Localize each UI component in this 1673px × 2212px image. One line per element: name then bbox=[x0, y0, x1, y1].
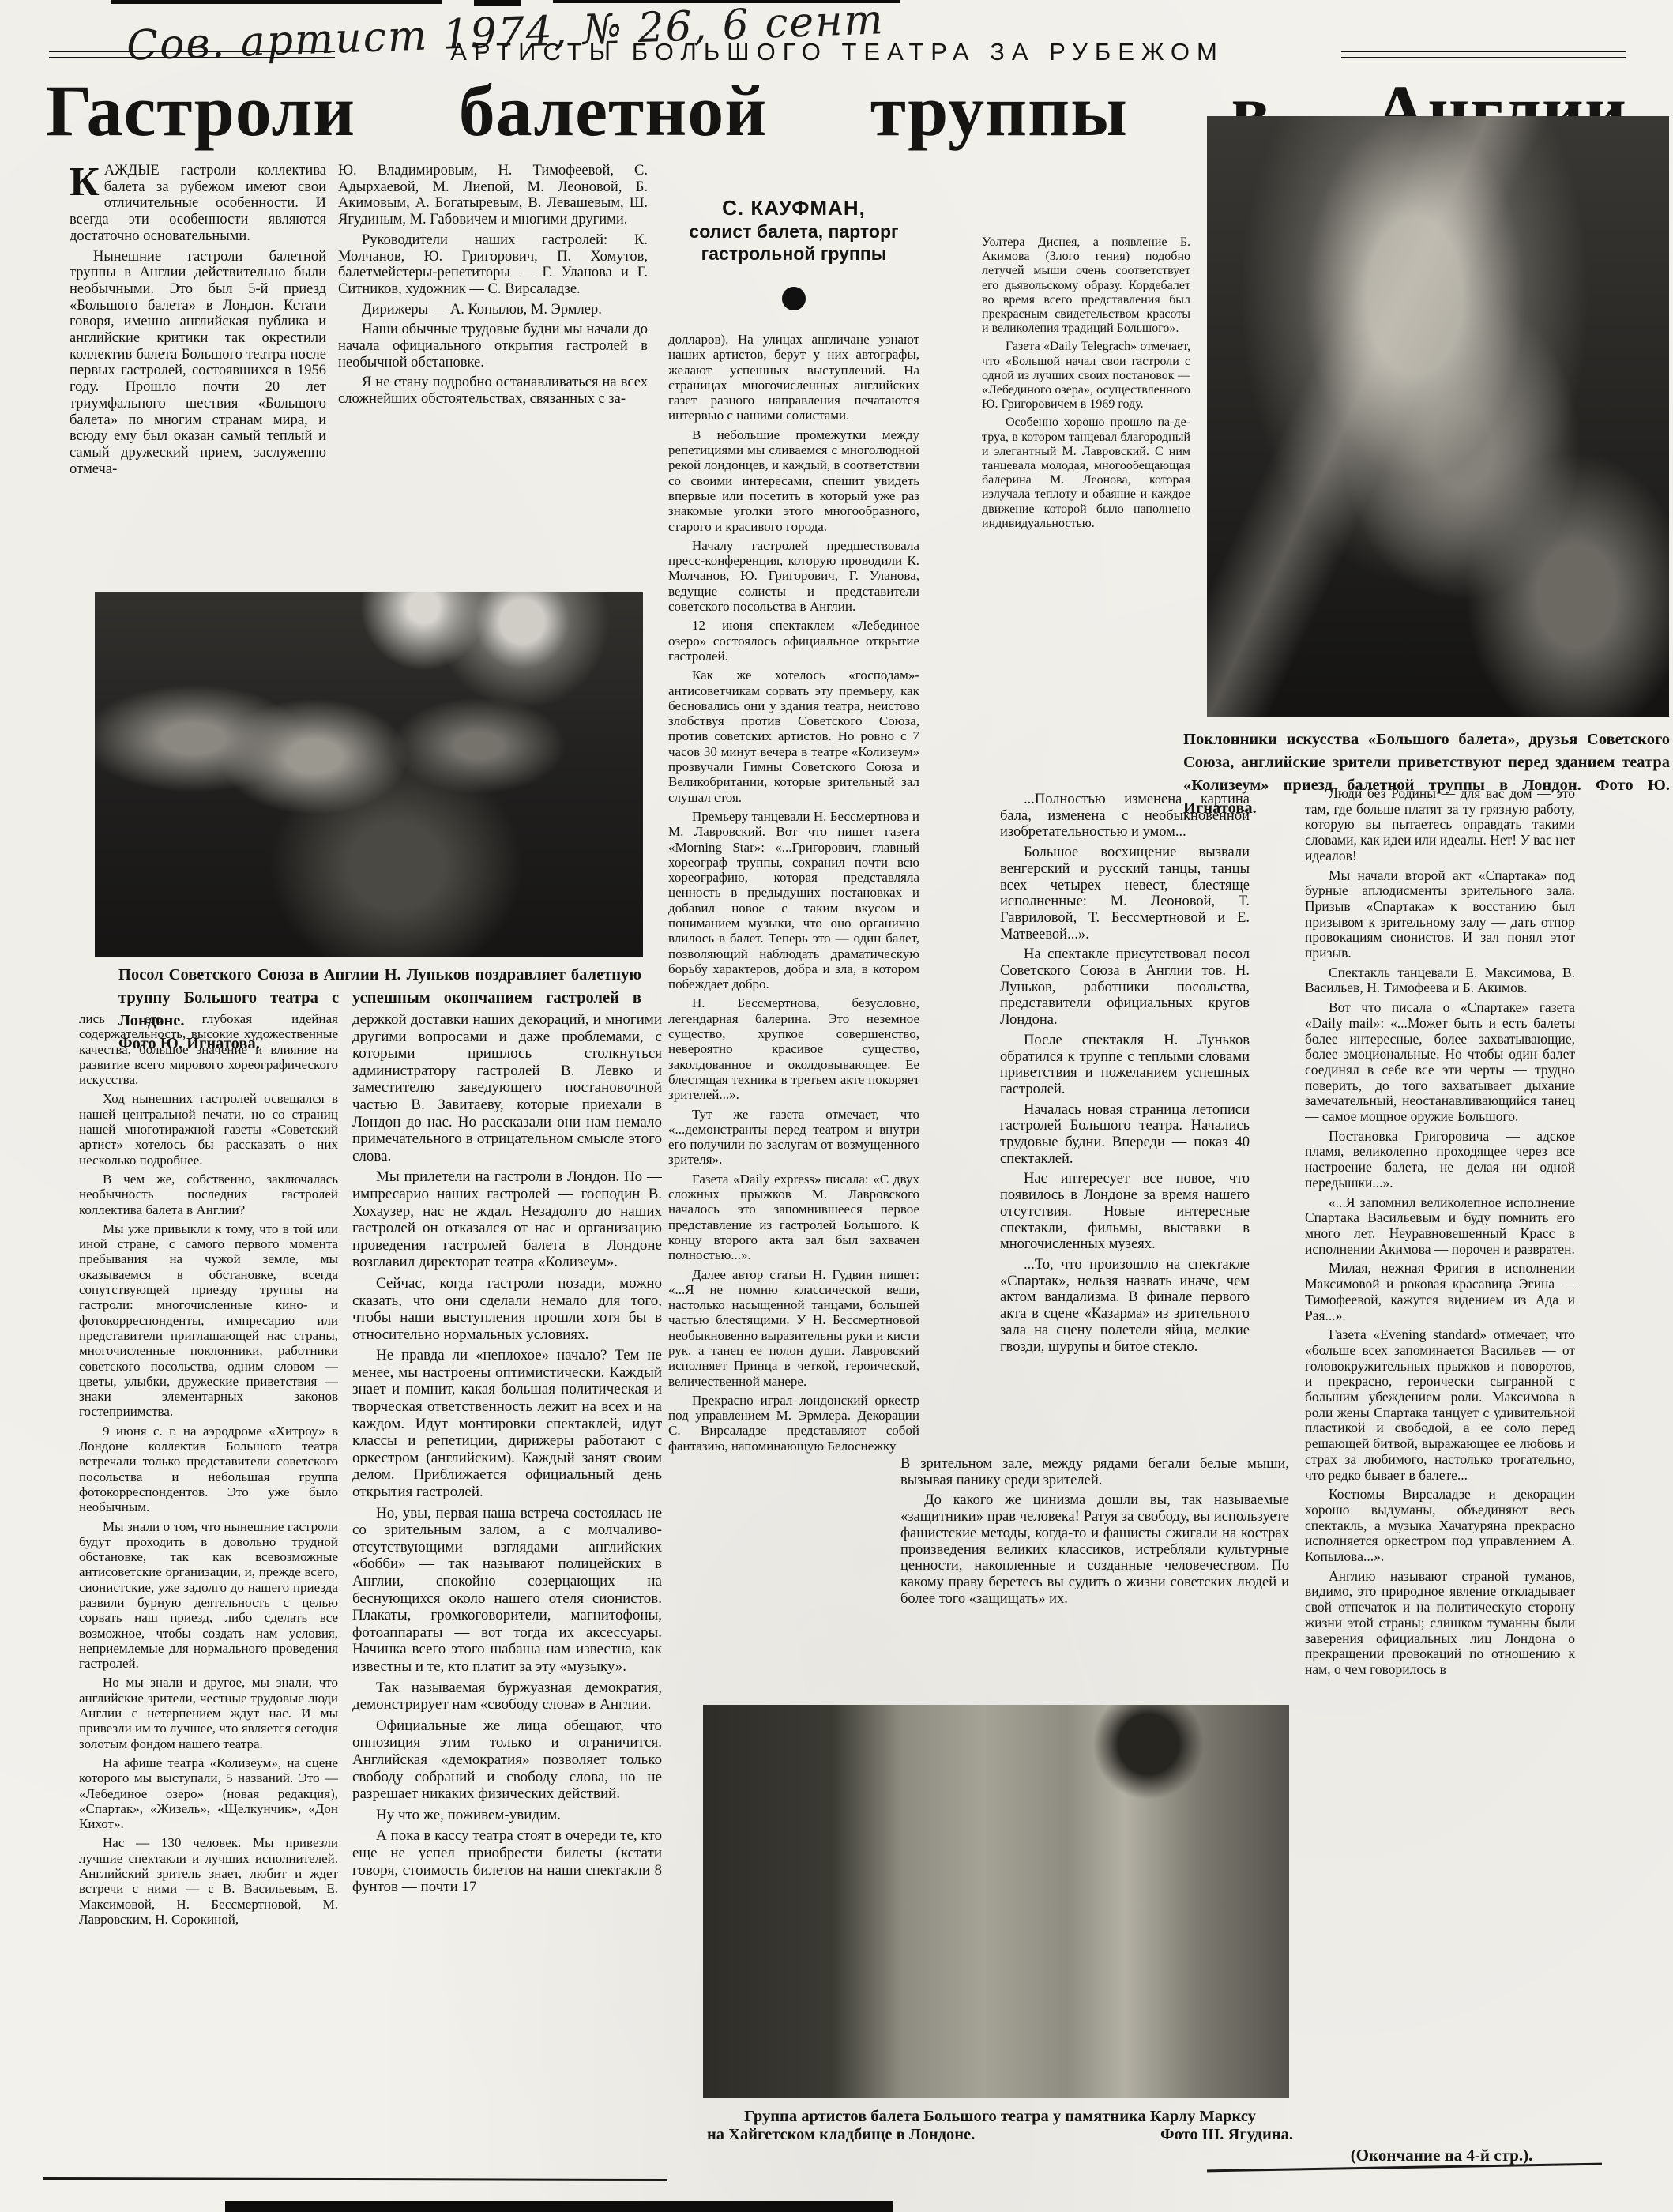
photo-highgate-caption: Группа артистов балета Большого театра у… bbox=[707, 2108, 1293, 2144]
paragraph: 9 июня с. г. на аэродроме «Хитроу» в Лон… bbox=[79, 1424, 338, 1515]
scan-artifact-bottom bbox=[225, 2201, 893, 2212]
column-4-top: Уолтера Диснея, а появление Б. Акимова (… bbox=[982, 235, 1190, 781]
paragraph: Ю. Владимировым, Н. Тимофеевой, С. Адырх… bbox=[338, 163, 648, 228]
paragraph: Тут же газета отмечает, что «...демонстр… bbox=[668, 1107, 919, 1168]
photo-ambassador-reception bbox=[95, 592, 643, 957]
paragraph: 12 июня спектаклем «Лебединое озеро» сос… bbox=[668, 618, 919, 664]
paragraph: Не правда ли «неплохое» начало? Тем не м… bbox=[352, 1347, 662, 1500]
paragraph: На спектакле присутствовал посол Советск… bbox=[1000, 946, 1250, 1029]
column-1-top: КАЖДЫЕ гастроли коллектива балета за руб… bbox=[70, 163, 326, 589]
byline-role-2: гастрольной группы bbox=[667, 243, 920, 265]
paragraph: Ход нынешних гастролей освещался в нашей… bbox=[79, 1091, 338, 1167]
paragraph: Официальные же лица обещают, что оппозиц… bbox=[352, 1717, 662, 1803]
column-5: Люди без Родины — для вас дом — это там,… bbox=[1305, 786, 1575, 2143]
paragraph: Нас — 130 человек. Мы привезли лучшие сп… bbox=[79, 1835, 338, 1927]
kicker-rule-left bbox=[49, 51, 335, 58]
paragraph: Газета «Evening standard» отмечает, что … bbox=[1305, 1327, 1575, 1483]
paragraph: Особенно хорошо прошло па-де-труа, в кот… bbox=[982, 416, 1190, 531]
paragraph: Газета «Daily express» писала: «С двух с… bbox=[668, 1172, 919, 1263]
paragraph: лись его глубокая идейная содержательнос… bbox=[79, 1011, 338, 1087]
column-4-middle: ...Полностью изменена картина бала, изме… bbox=[1000, 792, 1250, 1457]
paragraph: Но мы знали и другое, мы знали, что англ… bbox=[79, 1675, 338, 1751]
paragraph: Далее автор статьи Н. Гудвин пишет: «...… bbox=[668, 1267, 919, 1389]
photo-highgate-marx bbox=[703, 1705, 1289, 2098]
photo-coliseum-crowd bbox=[1207, 116, 1669, 717]
paragraph: Мы уже привыкли к тому, что в той или ин… bbox=[79, 1221, 338, 1420]
paragraph: «...Я запомнил великолепное исполнение С… bbox=[1305, 1195, 1575, 1258]
byline-role-1: солист балета, парторг bbox=[667, 220, 920, 243]
paragraph: На афише театра «Колизеум», на сцене кот… bbox=[79, 1755, 338, 1831]
paragraph: Англию называют страной туманов, видимо,… bbox=[1305, 1569, 1575, 1678]
paragraph: После спектакля Н. Луньков обратился к т… bbox=[1000, 1033, 1250, 1098]
paragraph: Уолтера Диснея, а появление Б. Акимова (… bbox=[982, 235, 1190, 336]
byline-author: С. КАУФМАН, bbox=[667, 196, 920, 220]
paragraph: Н. Бессмертнова, безусловно, легендарная… bbox=[668, 995, 919, 1102]
column-3: долларов). На улицах англичане узнают на… bbox=[668, 332, 919, 1684]
section-bullet bbox=[782, 287, 806, 310]
headline-word: Гастроли bbox=[46, 74, 355, 147]
kicker: АРТИСТЫ БОЛЬШОГО ТЕАТРА ЗА РУБЕЖОМ bbox=[335, 38, 1340, 66]
paragraph: Спектакль танцевали Е. Максимова, В. Вас… bbox=[1305, 965, 1575, 996]
paragraph: Люди без Родины — для вас дом — это там,… bbox=[1305, 786, 1575, 864]
paragraph: держкой доставки наших декораций, и мног… bbox=[352, 1011, 662, 1164]
byline: С. КАУФМАН, солист балета, парторг гастр… bbox=[667, 196, 920, 310]
paragraph: До какого же цинизма дошли вы, так назыв… bbox=[900, 1492, 1289, 1607]
paragraph: Мы прилетели на гастроли в Лондон. Но — … bbox=[352, 1168, 662, 1271]
paragraph: Так называемая буржуазная демократия, де… bbox=[352, 1680, 662, 1714]
paragraph: ...Полностью изменена картина бала, изме… bbox=[1000, 792, 1250, 841]
paragraph: А пока в кассу театра стоят в очереди те… bbox=[352, 1827, 662, 1895]
column-2-bottom: держкой доставки наших декораций, и мног… bbox=[352, 1011, 662, 2158]
paragraph: В чем же, собственно, заключалась необыч… bbox=[79, 1172, 338, 1217]
headline-word: труппы bbox=[870, 74, 1128, 147]
paragraph: Вот что писала о «Спартаке» газета «Dail… bbox=[1305, 1000, 1575, 1125]
paragraph: Нас интересует все новое, что появилось … bbox=[1000, 1171, 1250, 1253]
paragraph: Руководители наших гастролей: К. Молчано… bbox=[338, 232, 648, 298]
paragraph: Премьеру танцевали Н. Бессмертнова и М. … bbox=[668, 809, 919, 992]
photo-highgate-caption-2: на Хайгетском кладбище в Лондоне. bbox=[707, 2126, 975, 2144]
column-1-bottom: лись его глубокая идейная содержательнос… bbox=[79, 1011, 338, 2184]
paragraph: Я не стану подробно останавливаться на в… bbox=[338, 374, 648, 407]
paragraph: Милая, нежная Фригия в исполнении Максим… bbox=[1305, 1261, 1575, 1323]
paragraph: Началу гастролей предшествовала пресс-ко… bbox=[668, 538, 919, 614]
paragraph: ...То, что произошло на спектакле «Спарт… bbox=[1000, 1257, 1250, 1355]
paragraph: КАЖДЫЕ гастроли коллектива балета за руб… bbox=[70, 163, 326, 245]
paragraph: Дирижеры — А. Копылов, М. Эрмлер. bbox=[338, 302, 648, 318]
paragraph: Сейчас, когда гастроли позади, можно ска… bbox=[352, 1275, 662, 1343]
paragraph: Наши обычные трудовые будни мы начали до… bbox=[338, 322, 648, 371]
paragraph: Газета «Daily Telegrach» отмечает, что «… bbox=[982, 340, 1190, 412]
paragraph: Началась новая страница летописи гастрол… bbox=[1000, 1102, 1250, 1168]
paragraph: Прекрасно играл лондонский оркестр под у… bbox=[668, 1393, 919, 1454]
column-4-bottom: В зрительном зале, между рядами бегали б… bbox=[900, 1456, 1289, 1693]
paragraph: Мы знали о том, что нынешние гастроли бу… bbox=[79, 1519, 338, 1672]
kicker-rule-right bbox=[1341, 51, 1626, 58]
column-2-top: Ю. Владимировым, Н. Тимофеевой, С. Адырх… bbox=[338, 163, 648, 589]
paragraph: В небольшие промежутки между репетициями… bbox=[668, 427, 919, 534]
scan-artifact bbox=[111, 0, 442, 4]
paragraph: Нынешние гастроли балетной труппы в Англ… bbox=[70, 249, 326, 478]
paragraph: Постановка Григоровича — адское пламя, в… bbox=[1305, 1129, 1575, 1191]
paragraph: Костюмы Вирсаладзе и декорации хорошо вы… bbox=[1305, 1487, 1575, 1565]
paragraph: Как же хотелось «господам»-антисоветчика… bbox=[668, 668, 919, 805]
paragraph: Большое восхищение вызвали венгерский и … bbox=[1000, 845, 1250, 942]
continuation-note: (Окончание на 4-й стр.). bbox=[1311, 2146, 1572, 2165]
paragraph: Ну что же, поживем-увидим. bbox=[352, 1807, 662, 1824]
paragraph: Мы начали второй акт «Спартака» под бурн… bbox=[1305, 868, 1575, 961]
headline-word: балетной bbox=[459, 74, 767, 147]
paragraph: Но, увы, первая наша встреча состоялась … bbox=[352, 1505, 662, 1676]
scan-artifact bbox=[474, 0, 521, 6]
paragraph: долларов). На улицах англичане узнают на… bbox=[668, 332, 919, 423]
paragraph: В зрительном зале, между рядами бегали б… bbox=[900, 1456, 1289, 1488]
photo-highgate-credit: Фото Ш. Ягудина. bbox=[1160, 2126, 1293, 2144]
